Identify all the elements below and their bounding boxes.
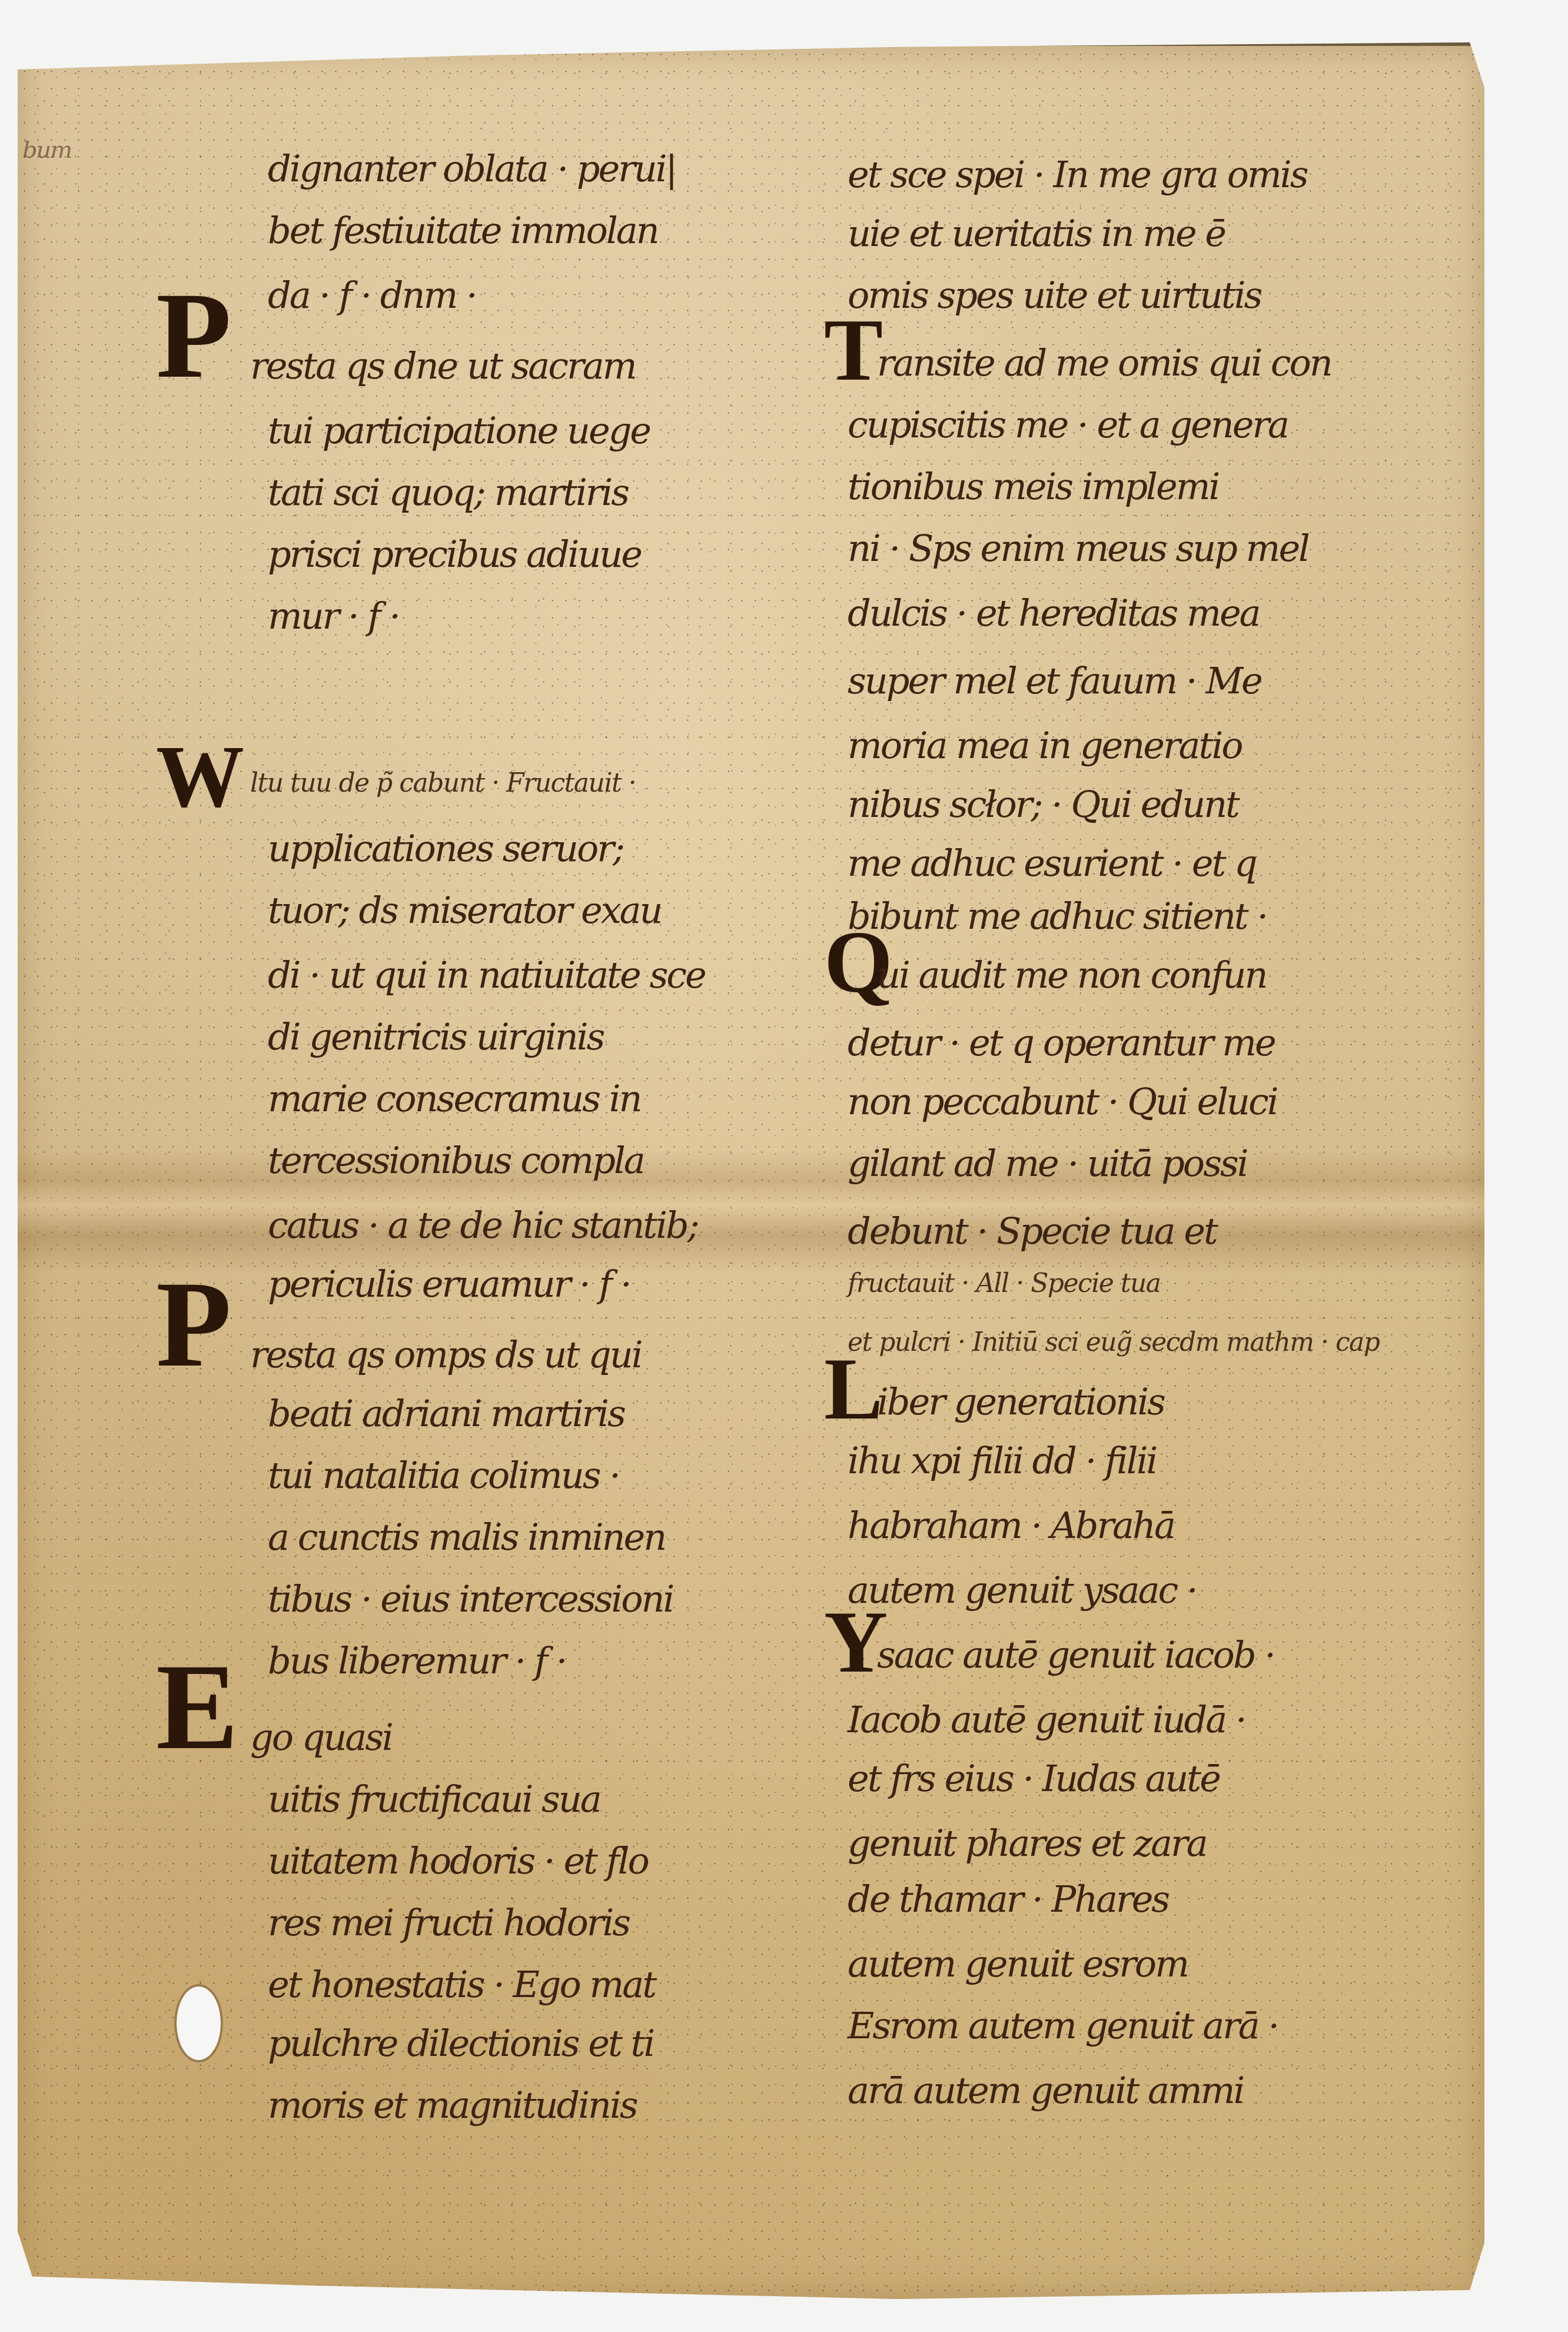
text-line: nibus scłor; · Qui edunt	[848, 783, 1238, 826]
text-line: et honestatis · Ego mat	[268, 1963, 655, 2006]
text-line: genuit phares et zara	[848, 1822, 1207, 1865]
margin-note: bum	[22, 137, 71, 164]
text-line: super mel et fauum · Me	[848, 659, 1261, 702]
text-line: et pulcri · Initiū sci eug̃ secdm mathm …	[848, 1327, 1380, 1357]
text-line: tui participatione uege	[268, 409, 650, 452]
text-line: bet festiuitate immolan	[268, 209, 658, 252]
text-line: dulcis · et hereditas mea	[848, 592, 1260, 635]
decorated-initial: W	[156, 733, 244, 821]
text-line: upplicationes seruor;	[268, 827, 623, 870]
text-line: tibus · eius intercessioni	[268, 1577, 673, 1620]
text-line: go quasi	[250, 1716, 392, 1759]
text-line: et frs eius · Iudas autē	[848, 1757, 1220, 1800]
text-line: detur · et q operantur me	[848, 1021, 1275, 1064]
text-line: tuor; ds miserator exau	[268, 889, 662, 932]
text-line: saac autē genuit iacob ·	[877, 1633, 1274, 1676]
text-line: ui audit me non confun	[877, 954, 1266, 996]
text-line: catus · a te de hic stantib;	[268, 1204, 698, 1247]
decorated-initial: L	[824, 1345, 883, 1433]
text-line: dignanter oblata · perui|	[268, 147, 676, 190]
decorated-initial: T	[824, 306, 883, 394]
fold-crease	[18, 1150, 1484, 1273]
decorated-initial: P	[156, 274, 231, 397]
text-line: prisci precibus adiuue	[268, 533, 641, 576]
text-line: Esrom autem genuit arā ·	[848, 2004, 1278, 2047]
text-line: moris et magnitudinis	[268, 2084, 637, 2127]
text-line: bibunt me adhuc sitient ·	[848, 895, 1267, 938]
decorated-initial: P	[156, 1263, 231, 1386]
text-line: da · f · dnm ·	[268, 274, 476, 317]
text-line: moria mea in generatio	[848, 724, 1242, 767]
text-line: mur · f ·	[268, 594, 399, 637]
text-line: resta qs dne ut sacram	[250, 344, 635, 387]
text-line: autem genuit esrom	[848, 1942, 1188, 1985]
text-line: tui natalitia colimus ·	[268, 1454, 619, 1497]
text-line: fructauit · All · Specie tua	[848, 1268, 1160, 1298]
text-line: res mei fructi hodoris	[268, 1901, 629, 1944]
text-line: uitis fructificaui sua	[268, 1778, 600, 1821]
text-line: uie et ueritatis in me ē	[848, 212, 1225, 255]
text-line: beati adriani martiris	[268, 1392, 624, 1435]
text-line: et sce spei · In me gra omis	[848, 153, 1307, 196]
text-line: pulchre dilectionis et ti	[268, 2022, 653, 2065]
text-line: habraham · Abrahā	[848, 1504, 1174, 1547]
decorated-initial: E	[156, 1645, 238, 1769]
text-line: debunt · Specie tua et	[848, 1210, 1217, 1253]
text-line: a cunctis malis inminen	[268, 1516, 665, 1559]
text-line: tionibus meis implemi	[848, 465, 1218, 508]
text-line: non peccabunt · Qui eluci	[848, 1080, 1277, 1123]
text-line: cupiscitis me · et a genera	[848, 403, 1288, 446]
text-line: di genitricis uirginis	[268, 1015, 603, 1058]
text-line: gilant ad me · uitā possi	[848, 1142, 1247, 1185]
text-line: periculis eruamur · f ·	[268, 1263, 630, 1305]
text-line: bus liberemur · f ·	[268, 1639, 566, 1682]
text-line: ltu tuu de p̃ cabunt · Fructauit ·	[250, 768, 636, 798]
text-line: arā autem genuit ammi	[848, 2069, 1243, 2112]
parchment-hole	[177, 1986, 221, 2060]
text-line: omis spes uite et uirtutis	[848, 274, 1261, 317]
text-line: uitatem hodoris · et flo	[268, 1839, 648, 1882]
text-line: tati sci quoq; martiris	[268, 471, 628, 514]
text-line: ransite ad me omis qui con	[877, 341, 1331, 384]
text-line: di · ut qui in natiuitate sce	[268, 954, 705, 996]
text-line: ihu xpi filii dd · filii	[848, 1439, 1156, 1482]
text-line: autem genuit ysaac ·	[848, 1569, 1197, 1612]
text-line: iber generationis	[877, 1380, 1164, 1423]
text-line: me adhuc esurient · et q	[848, 842, 1256, 885]
text-line: de thamar · Phares	[848, 1878, 1168, 1921]
text-line: ni · Sps enim meus sup mel	[848, 527, 1308, 570]
text-line: tercessionibus compla	[268, 1139, 644, 1182]
text-line: resta qs omps ds ut qui	[250, 1333, 642, 1376]
text-line: Iacob autē genuit iudā ·	[848, 1698, 1245, 1741]
text-line: marie consecramus in	[268, 1077, 640, 1120]
